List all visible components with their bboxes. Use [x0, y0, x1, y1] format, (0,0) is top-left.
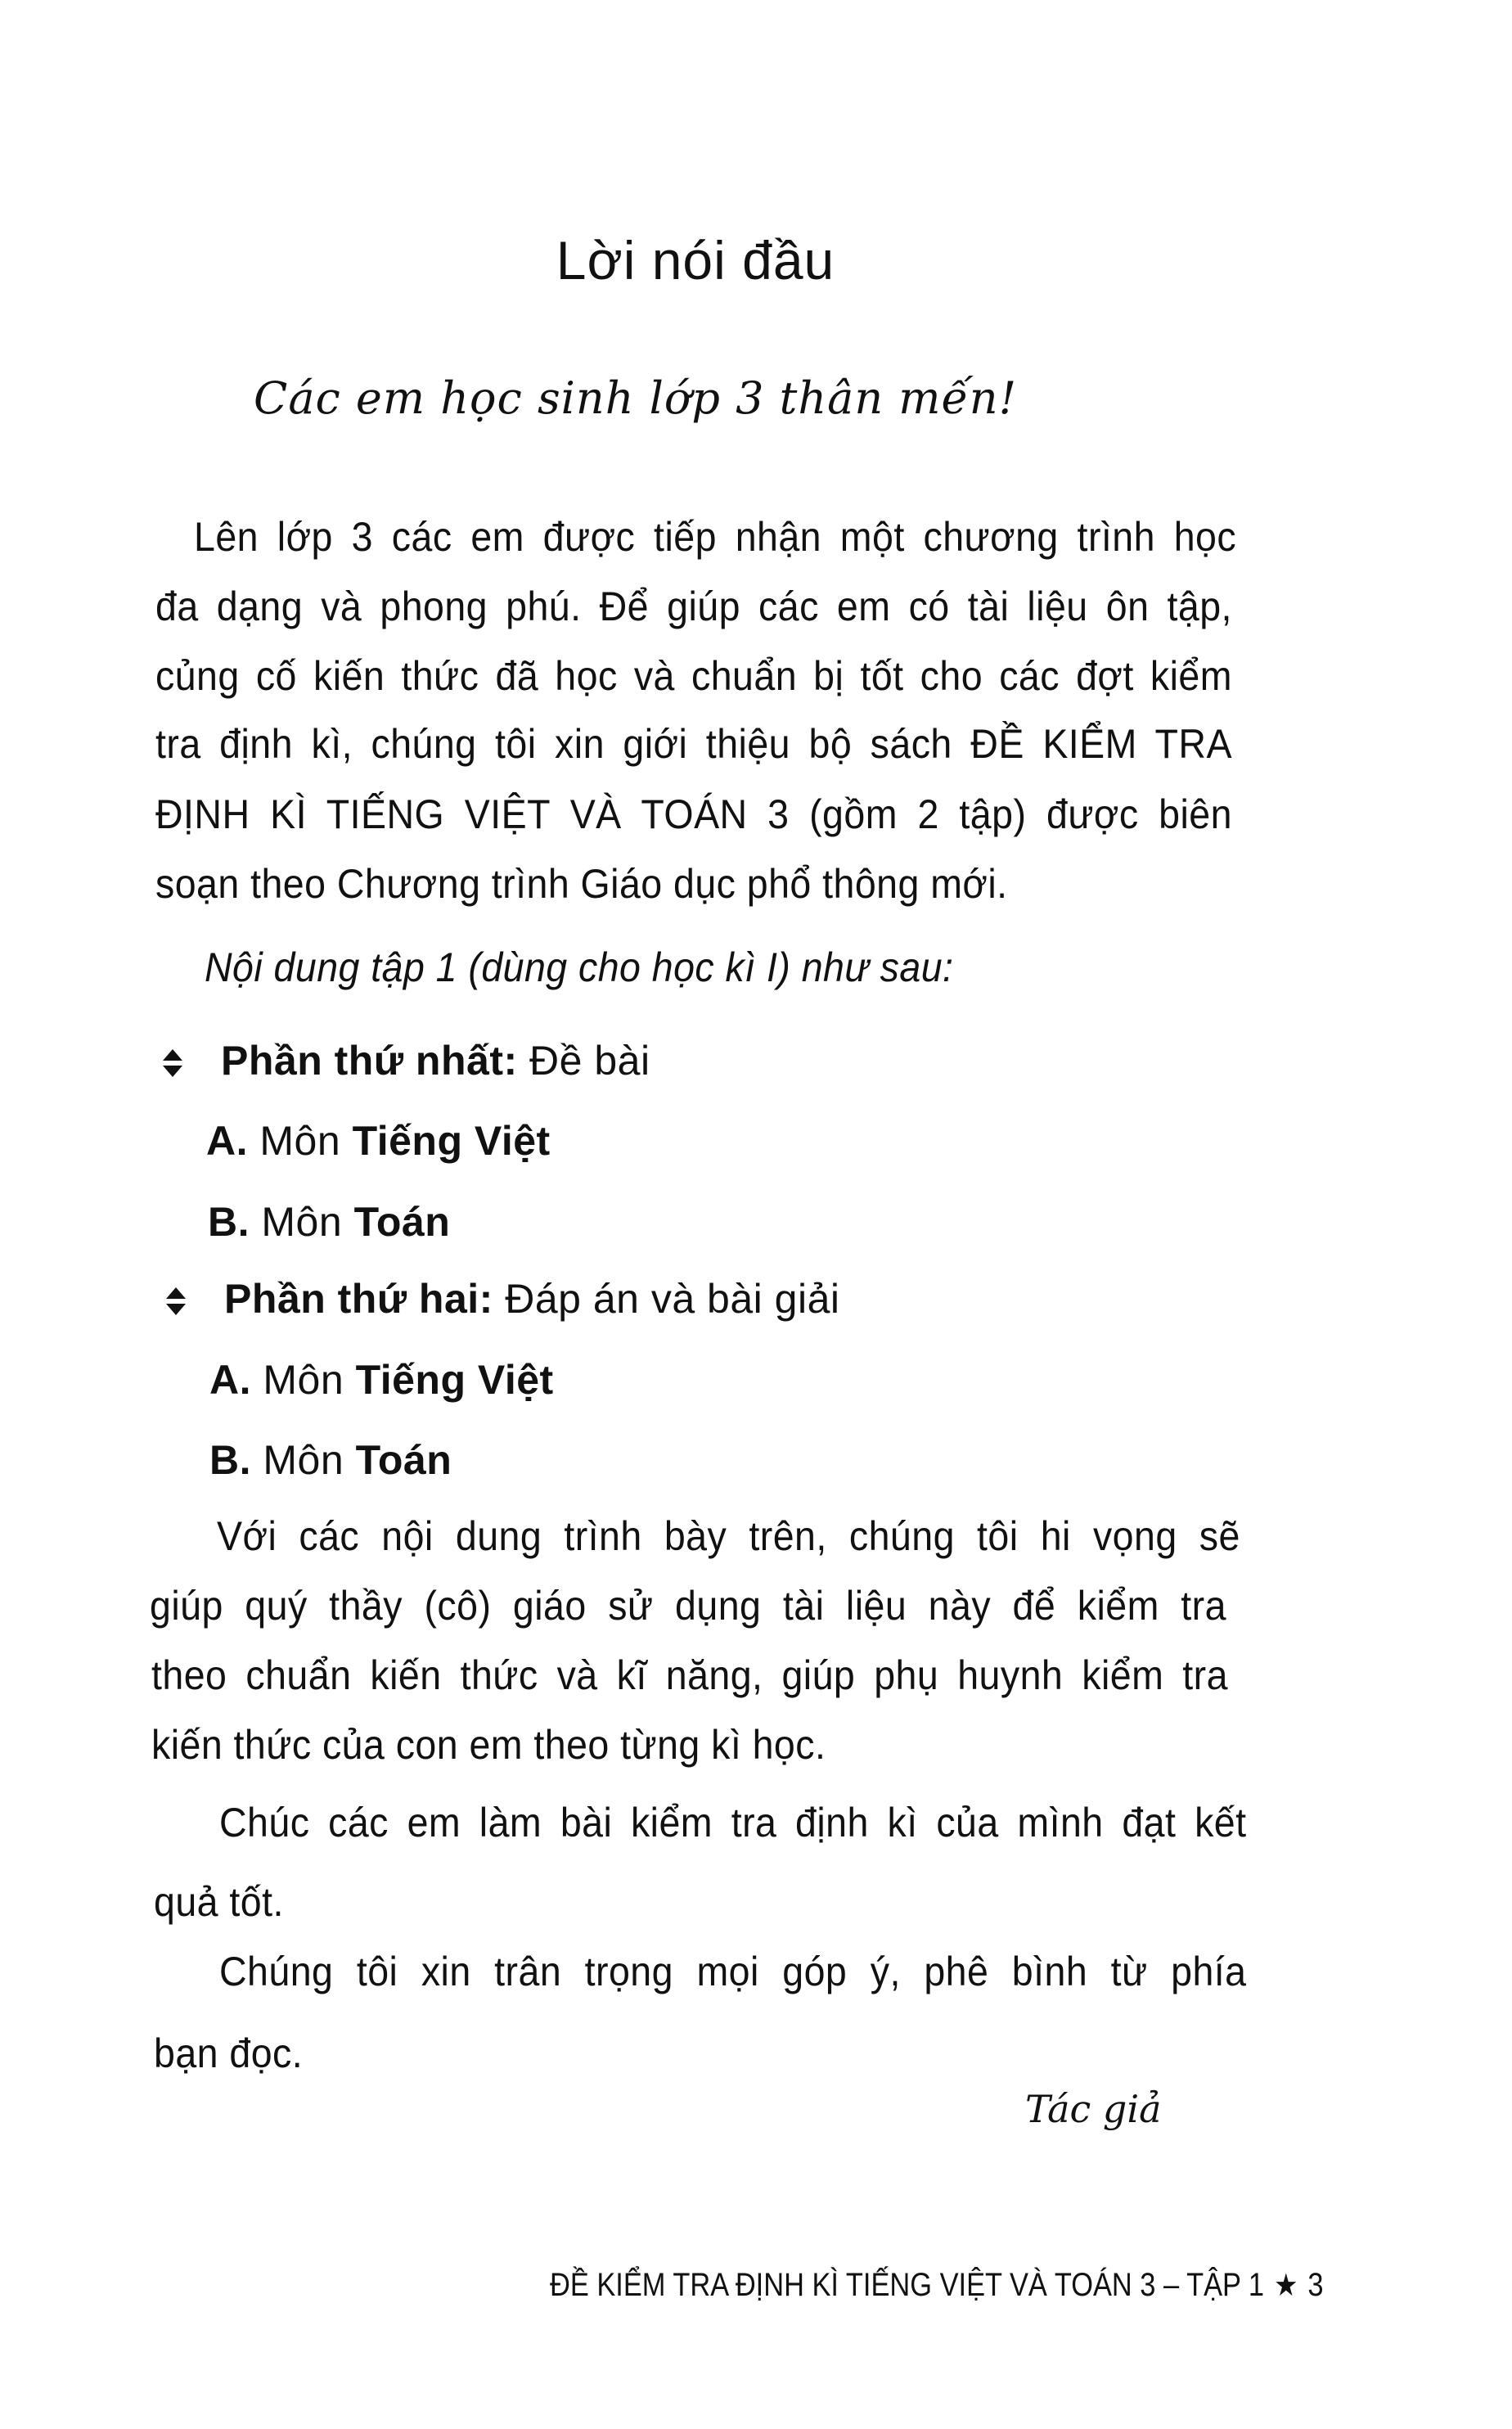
purpose-line: theo chuẩn kiến thức và kĩ năng, giúp ph…: [151, 1652, 1228, 1699]
item-letter: B.: [208, 1199, 250, 1245]
page-footer: ĐỀ KIỂM TRA ĐỊNH KÌ TIẾNG VIỆT VÀ TOÁN 3…: [550, 2267, 1324, 2304]
part-label: Phần thứ nhất:: [221, 1038, 518, 1084]
purpose-line: giúp quý thầy (cô) giáo sử dụng tài liệu…: [150, 1582, 1226, 1629]
contents-intro: Nội dung tập 1 (dùng cho học kì I) như s…: [205, 944, 953, 991]
intro-line: đa dạng và phong phú. Để giúp các em có …: [155, 583, 1232, 630]
wish-line: quả tốt.: [154, 1878, 284, 1926]
item-letter: A.: [209, 1357, 251, 1403]
thanks-line: Chúng tôi xin trân trọng mọi góp ý, phê …: [219, 1948, 1247, 1995]
running-title: ĐỀ KIỂM TRA ĐỊNH KÌ TIẾNG VIỆT VÀ TOÁN 3…: [550, 2267, 1264, 2303]
purpose-line: kiến thức của con em theo từng kì học.: [151, 1721, 826, 1769]
item-subject: Tiếng Việt: [353, 1118, 551, 1164]
thanks-line: bạn đọc.: [154, 2030, 303, 2077]
author-signature: Tác giả: [1025, 2087, 1162, 2131]
intro-line: soạn theo Chương trình Giáo dục phổ thôn…: [155, 860, 1008, 908]
part-item: B. Môn Toán: [208, 1198, 450, 1246]
up-down-triangle-icon: [164, 1286, 188, 1318]
part-item: B. Môn Toán: [209, 1436, 452, 1484]
part-heading: Phần thứ hai: Đáp án và bài giải: [164, 1275, 840, 1323]
part-title: Đề bài: [529, 1038, 650, 1084]
up-down-triangle-icon: [160, 1048, 185, 1080]
intro-line: ĐỊNH KÌ TIẾNG VIỆT VÀ TOÁN 3 (gồm 2 tập)…: [155, 791, 1232, 838]
intro-line: củng cố kiến thức đã học và chuẩn bị tốt…: [155, 652, 1232, 700]
item-prefix: Môn: [263, 1357, 344, 1403]
item-letter: B.: [209, 1437, 251, 1483]
item-prefix: Môn: [261, 1199, 342, 1245]
purpose-line: Với các nội dung trình bày trên, chúng t…: [217, 1512, 1240, 1560]
part-item: A. Môn Tiếng Việt: [206, 1117, 551, 1165]
greeting: Các em học sinh lớp 3 thân mến!: [254, 372, 1017, 424]
item-subject: Toán: [356, 1437, 452, 1483]
part-item: A. Môn Tiếng Việt: [209, 1356, 554, 1404]
item-prefix: Môn: [259, 1118, 340, 1164]
item-subject: Tiếng Việt: [356, 1357, 554, 1403]
page-number: 3: [1307, 2267, 1323, 2303]
item-letter: A.: [206, 1118, 248, 1164]
part-title: Đáp án và bài giải: [505, 1276, 839, 1322]
item-prefix: Môn: [263, 1437, 344, 1483]
part-heading: Phần thứ nhất: Đề bài: [160, 1037, 650, 1084]
star-icon: ★: [1274, 2269, 1298, 2303]
item-subject: Toán: [354, 1199, 451, 1245]
book-page: Lời nói đầu Các em học sinh lớp 3 thân m…: [0, 0, 1512, 2429]
part-label: Phần thứ hai:: [224, 1276, 493, 1322]
page-title: Lời nói đầu: [0, 229, 1391, 291]
intro-line: tra định kì, chúng tôi xin giới thiệu bộ…: [155, 720, 1232, 768]
intro-line: Lên lớp 3 các em được tiếp nhận một chươ…: [194, 513, 1236, 561]
wish-line: Chúc các em làm bài kiểm tra định kì của…: [219, 1799, 1247, 1846]
